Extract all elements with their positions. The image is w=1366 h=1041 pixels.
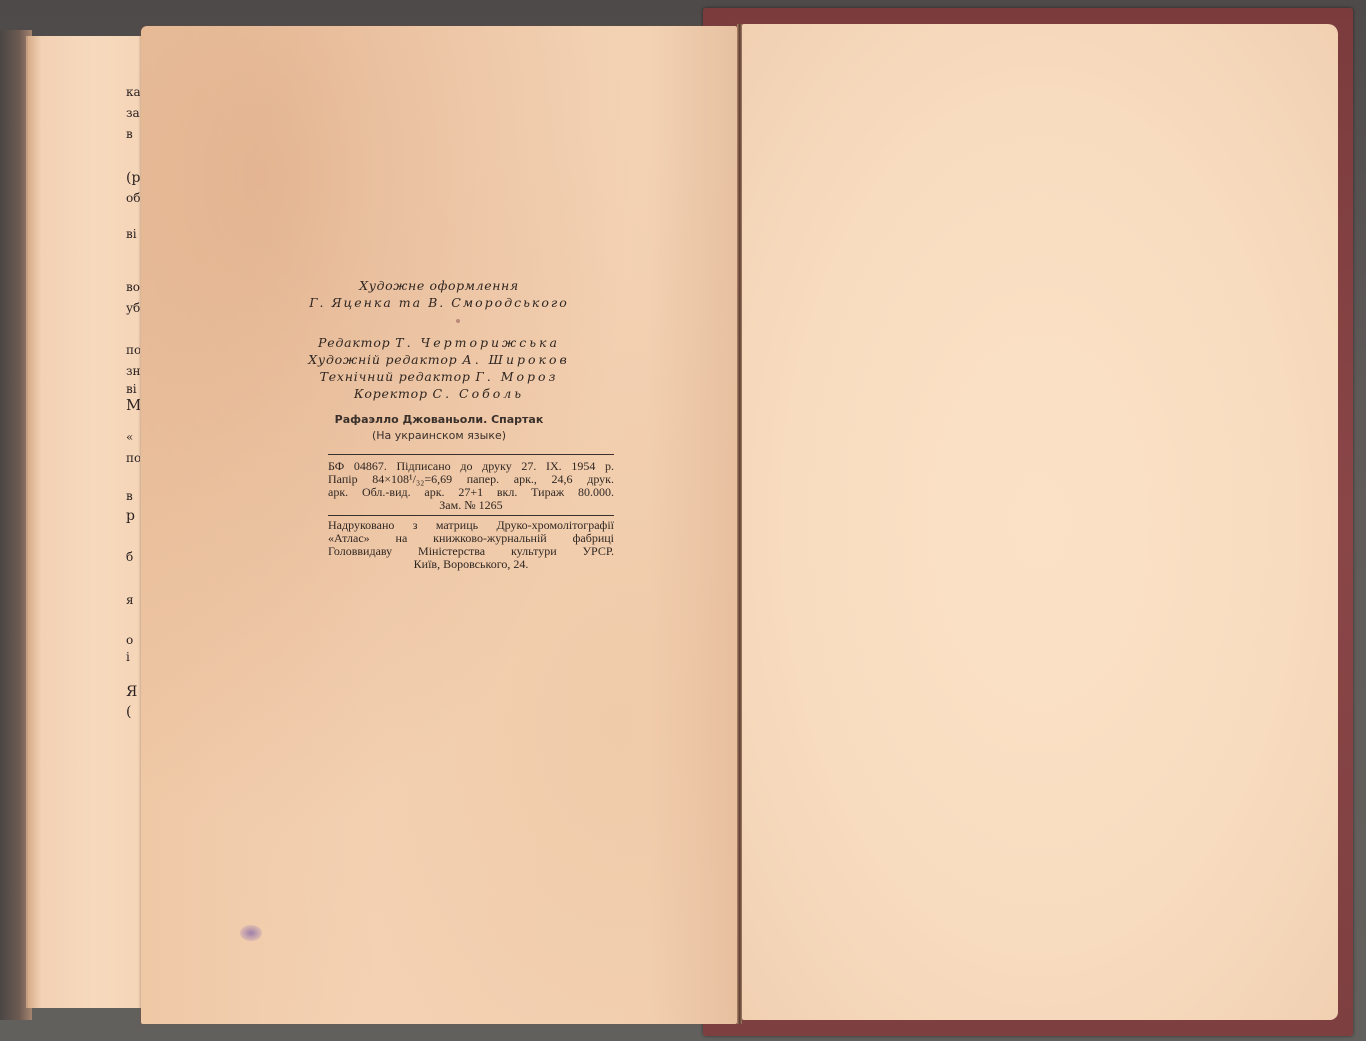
credit-art-editor: Художній редактор А. Широков (141, 351, 737, 368)
text-fragment: зн (126, 364, 140, 378)
text-fragment: в (126, 489, 140, 503)
text-fragment: в (126, 127, 140, 141)
credit-role: Редактор (318, 335, 390, 350)
text-fragment: р (126, 508, 140, 524)
imprint-block: Художне оформлення Г. Яценка та В. Сморо… (141, 278, 737, 571)
credit-name: Г. Мороз (476, 369, 559, 384)
credit-name: С. Соболь (433, 386, 525, 401)
credit-proofreader: Коректор С. Соболь (141, 385, 737, 402)
text-fragment: по (126, 343, 140, 357)
credits-list: Редактор Т. Черторижська Художній редакт… (141, 334, 737, 402)
text-fragment: об (126, 191, 140, 205)
printing-line: Київ, Воровського, 24. (328, 558, 614, 571)
credit-role: Технічний редактор (320, 369, 471, 384)
text-fragment: б (126, 550, 140, 564)
text-fragment: ві (126, 227, 140, 241)
design-names: Г. Яценка та В. Смородського (141, 295, 737, 310)
credit-name: Т. Черторижська (395, 335, 560, 350)
text-fragment: Я (126, 684, 140, 700)
text-fragment: М (126, 396, 140, 414)
text-fragment: ( (126, 704, 140, 720)
text-fragment: (р (126, 170, 140, 186)
text-fragment: во (126, 280, 140, 294)
credit-role: Художній редактор (308, 352, 457, 367)
blank-page (742, 24, 1338, 1020)
original-language-note: (На украинском языке) (141, 428, 737, 444)
text-fragment: по (126, 451, 140, 465)
design-title: Художне оформлення (141, 278, 737, 293)
credit-role: Коректор (354, 386, 428, 401)
original-author-title: Рафаэлло Джованьоли. Спартак (141, 412, 737, 428)
text-fragment: я (126, 593, 140, 607)
text-fragment: « (126, 430, 140, 444)
ink-stamp-mark (240, 925, 262, 941)
printing-data: Надруковано з матриць Друко-хромолітогра… (328, 516, 614, 571)
text-fragment: і (126, 650, 140, 664)
original-title-block: Рафаэлло Джованьоли. Спартак (На украинс… (141, 412, 737, 444)
publication-data: БФ 04867. Підписано до друку 27. IX. 195… (328, 455, 614, 515)
publication-line: Зам. № 1265 (328, 499, 614, 512)
text-fragment: ві (126, 382, 140, 396)
text-fragment: уб (126, 301, 140, 315)
credit-editor: Редактор Т. Черторижська (141, 334, 737, 351)
credit-name: А. Широков (462, 352, 570, 367)
text-fragment: о (126, 633, 140, 647)
credit-technical-editor: Технічний редактор Г. Мороз (141, 368, 737, 385)
text-fragment: за (126, 106, 140, 120)
text-fragment: ка (126, 85, 140, 99)
